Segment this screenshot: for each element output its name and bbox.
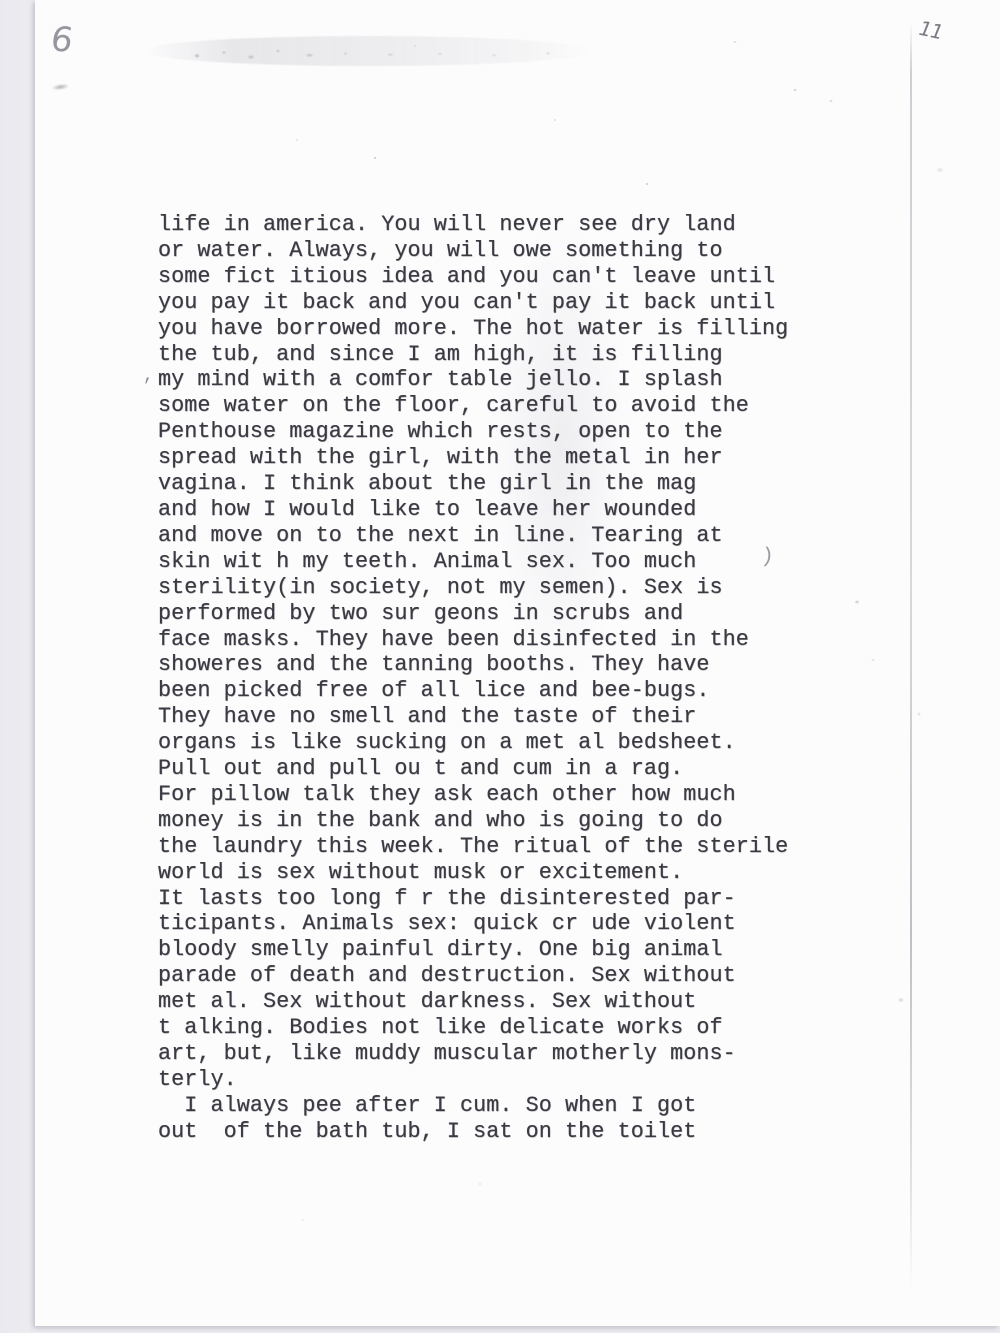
stray-paren-mark: ) [760, 545, 775, 569]
handwritten-page-number-left: 6 [48, 19, 76, 60]
scan-noise-band [143, 36, 593, 66]
typewritten-text: life in america. You will never see dry … [158, 212, 788, 1145]
document-page: 6 11 life in america. You will never see… [35, 0, 1000, 1326]
stray-tick-mark: , [143, 366, 154, 386]
pencil-smudge [52, 83, 70, 91]
page-fold-line [910, 22, 912, 1290]
handwritten-page-number-right: 11 [915, 16, 947, 43]
scan-background: 6 11 life in america. You will never see… [0, 0, 1000, 1333]
